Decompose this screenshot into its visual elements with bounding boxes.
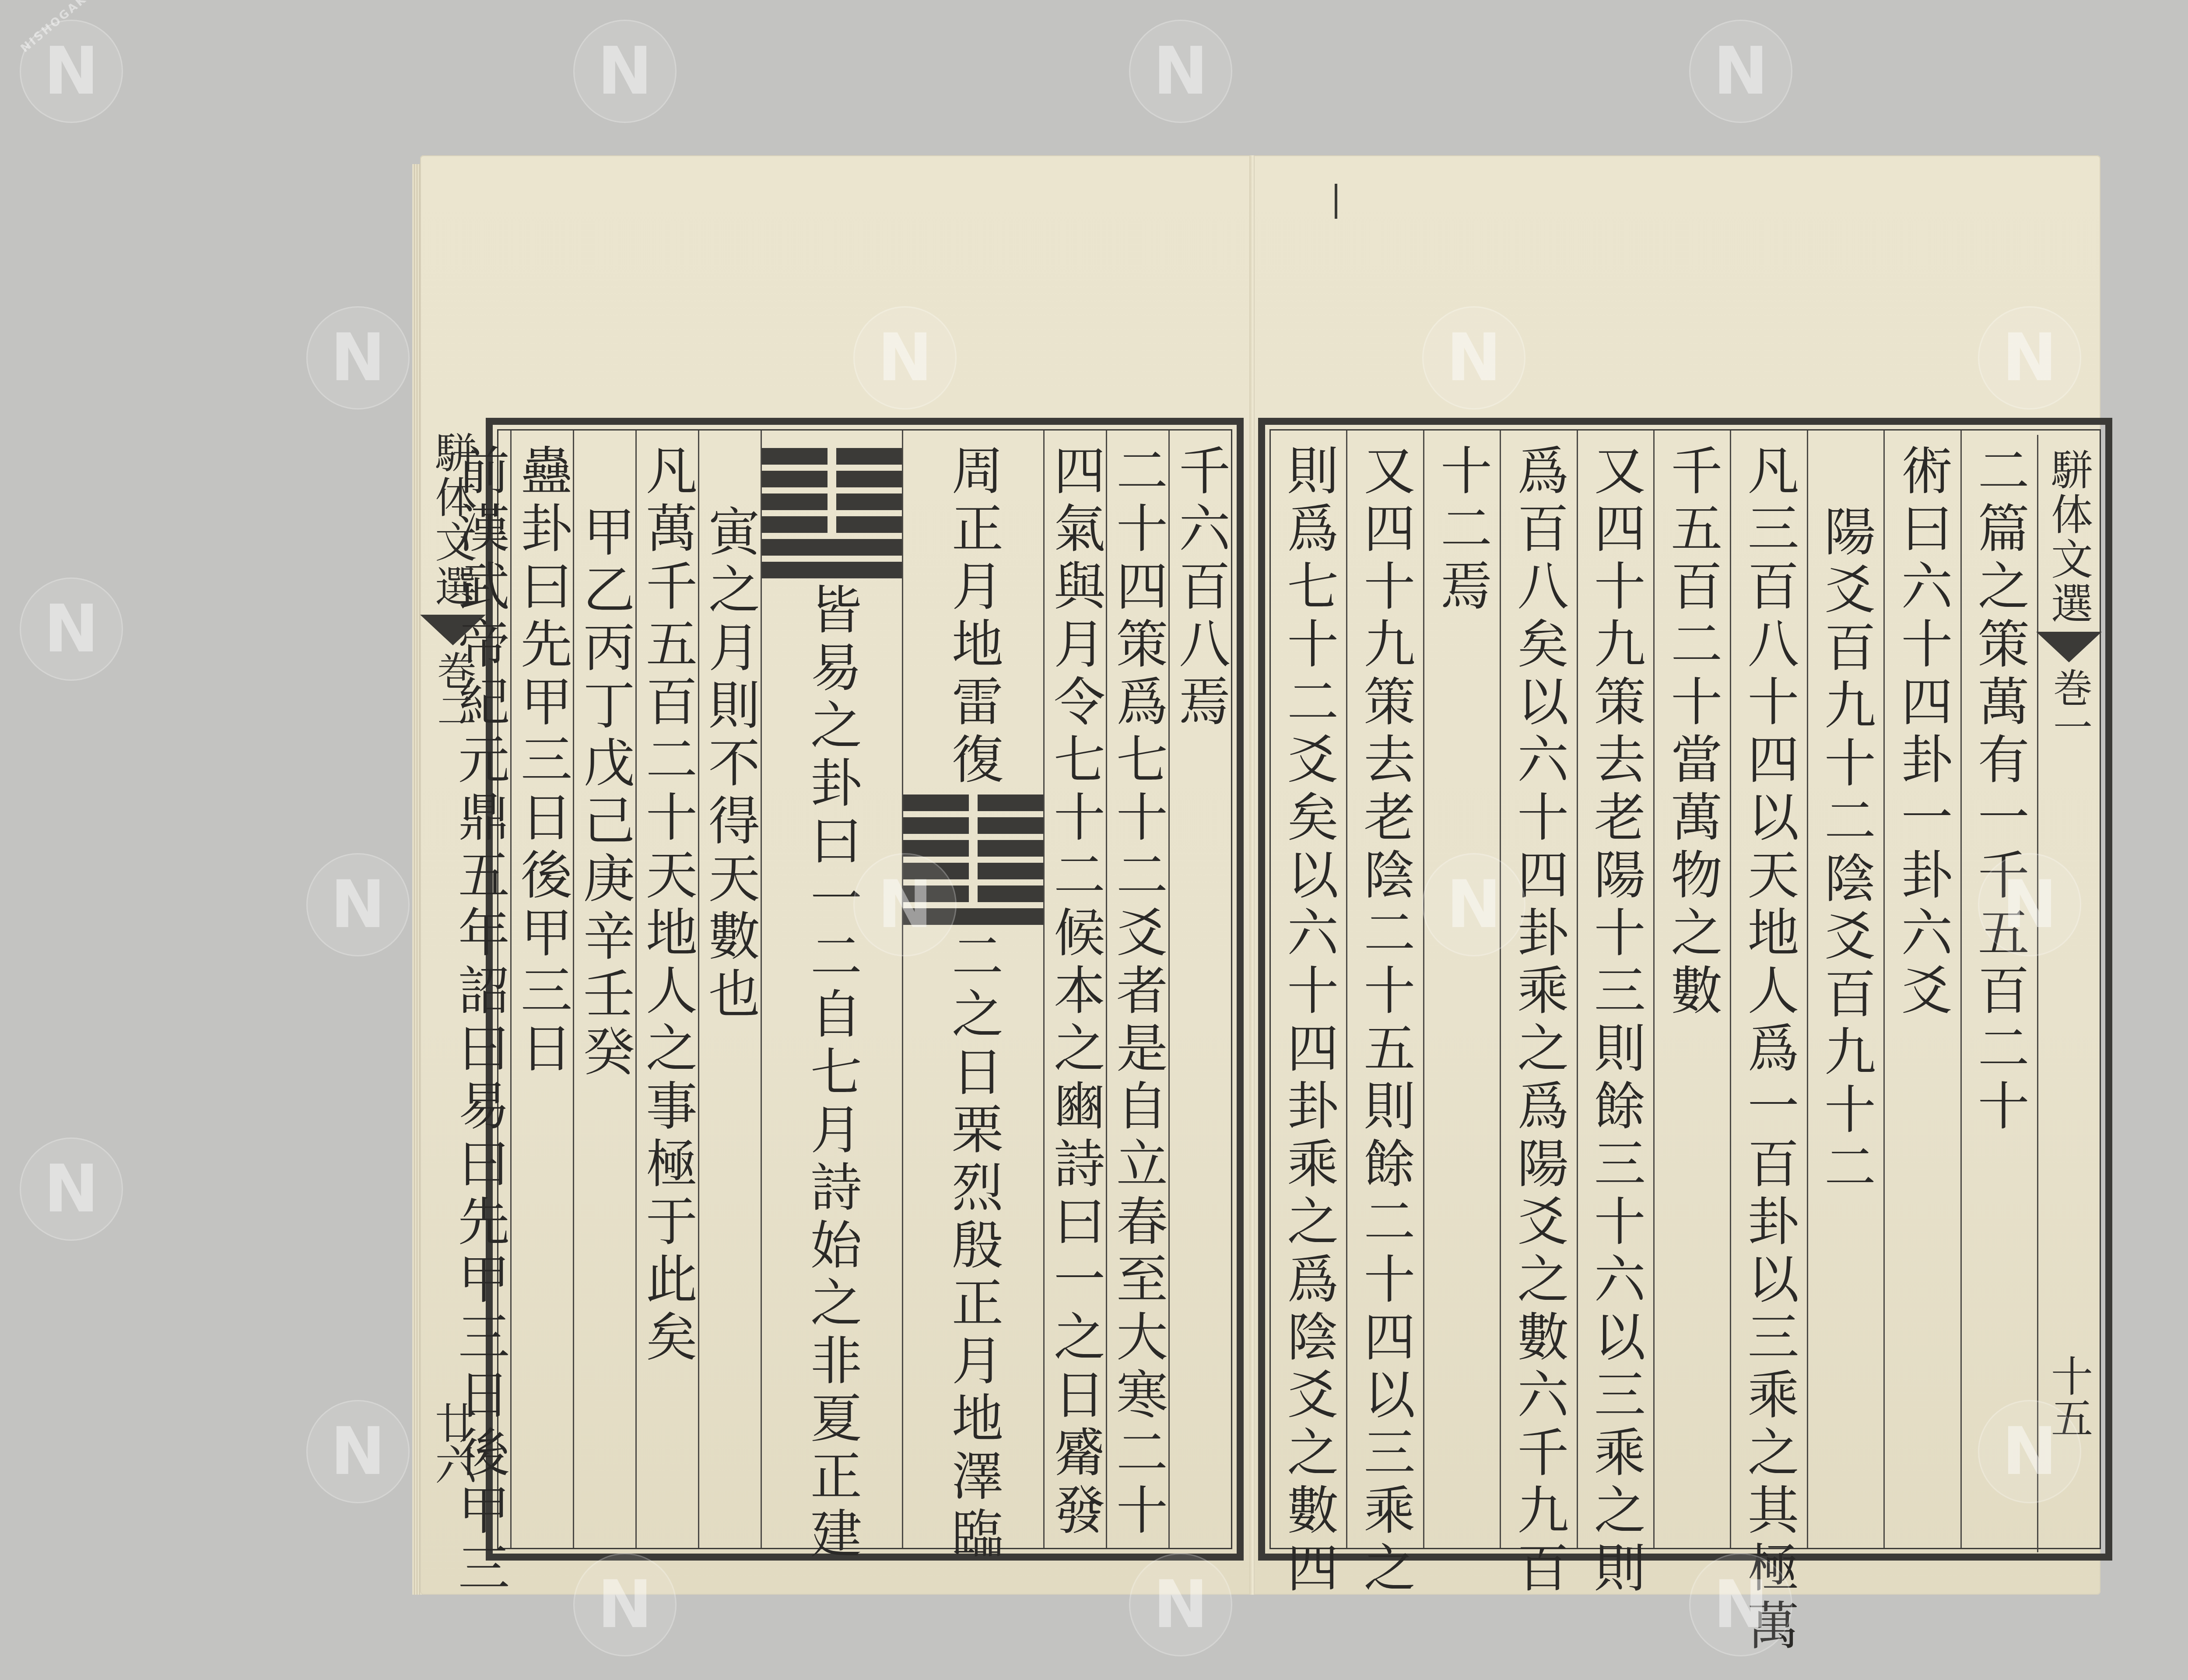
volume-label: 巻一 — [2041, 668, 2097, 746]
text-column: 四氣與月令七十二候本之豳詩曰一之日觱發 — [1043, 430, 1106, 1548]
text-frame: 駢体文選 巻一 十五 二篇之策萬有一千五百二十 術曰六十四卦一卦六爻 陽爻百九十… — [1258, 418, 2112, 1561]
text-column: 二十四策爲七十二爻者是自立春至大寒二十 — [1106, 430, 1168, 1548]
text-column: 蠱卦曰先甲三日後甲三日 — [510, 430, 573, 1548]
ink-mark — [1335, 184, 1337, 219]
margin-title: 駢体文選 — [2039, 448, 2099, 626]
watermark-logo: N — [573, 20, 677, 123]
watermark-logo: N — [306, 306, 410, 409]
text-column: 皆易之卦曰一二自七月詩始之非夏正建 — [761, 430, 902, 1548]
watermark-logo: NISHOGAKUSHAN — [20, 20, 123, 123]
text-column: 又四十九策去老陰二十五則餘二十四以三乘之 — [1346, 430, 1423, 1548]
text-column: 甲乙丙丁戊己庚辛壬癸 — [573, 430, 635, 1548]
text-column: 二篇之策萬有一千五百二十 — [1960, 430, 2037, 1548]
text-column: 陽爻百九十二陰爻百九十二 — [1807, 430, 1883, 1548]
text-column: 前漢武帝紀元鼎五年詔曰易曰先甲三日後甲三 — [449, 430, 510, 1548]
watermark-logo: N — [306, 1400, 410, 1503]
left-page: 駢体文選 巻二 廿六 千六百八焉 二十四策爲七十二爻者是自立春至大寒二十 四氣與… — [420, 155, 1252, 1595]
hexagram-fu-icon — [903, 794, 1043, 925]
watermark-logo: N — [20, 1137, 123, 1241]
text-column: 則爲七十二爻矣以六十四卦乘之爲陰爻之數四 — [1271, 430, 1346, 1548]
text-column: 寅之月則不得天數也 — [698, 430, 761, 1548]
text-column: 周正月地雷復 二之日栗烈殷正月地澤臨 — [902, 430, 1043, 1548]
watermark-text: NISHOGAKUSHA — [18, 0, 123, 55]
text-column: 又四十九策去老陽十三則餘三十六以三乘之則 — [1577, 430, 1653, 1548]
text-frame: 千六百八焉 二十四策爲七十二爻者是自立春至大寒二十 四氣與月令七十二候本之豳詩曰… — [486, 418, 1244, 1561]
text-column: 十二焉 — [1423, 430, 1500, 1548]
text-column: 凡萬千五百二十天地人之事極于此矣 — [635, 430, 698, 1548]
text-column: 凡三百八十四以天地人爲一百卦以三乘之其極萬 — [1730, 430, 1806, 1548]
text-column: 術曰六十四卦一卦六爻 — [1883, 430, 1960, 1548]
hexagram-lin-icon — [762, 448, 902, 578]
right-page: 駢体文選 巻一 十五 二篇之策萬有一千五百二十 術曰六十四卦一卦六爻 陽爻百九十… — [1254, 155, 2100, 1595]
text-column: 爲百八矣以六十四卦乘之爲陽爻之數六千九百 — [1500, 430, 1576, 1548]
text-column: 千五百二十當萬物之數 — [1653, 430, 1730, 1548]
watermark-logo: N — [20, 577, 123, 681]
text-column: 千六百八焉 — [1168, 430, 1231, 1548]
open-book: 駢体文選 巻二 廿六 千六百八焉 二十四策爲七十二爻者是自立春至大寒二十 四氣與… — [420, 155, 2100, 1595]
fish-tail-mark — [2036, 632, 2102, 662]
watermark-logo: N — [306, 853, 410, 956]
page-number: 十五 — [2039, 1354, 2099, 1438]
right-page-margin: 駢体文選 巻一 十五 — [2037, 435, 2100, 1552]
watermark-logo: N — [1129, 20, 1232, 123]
watermark-logo: N — [1689, 20, 1792, 123]
